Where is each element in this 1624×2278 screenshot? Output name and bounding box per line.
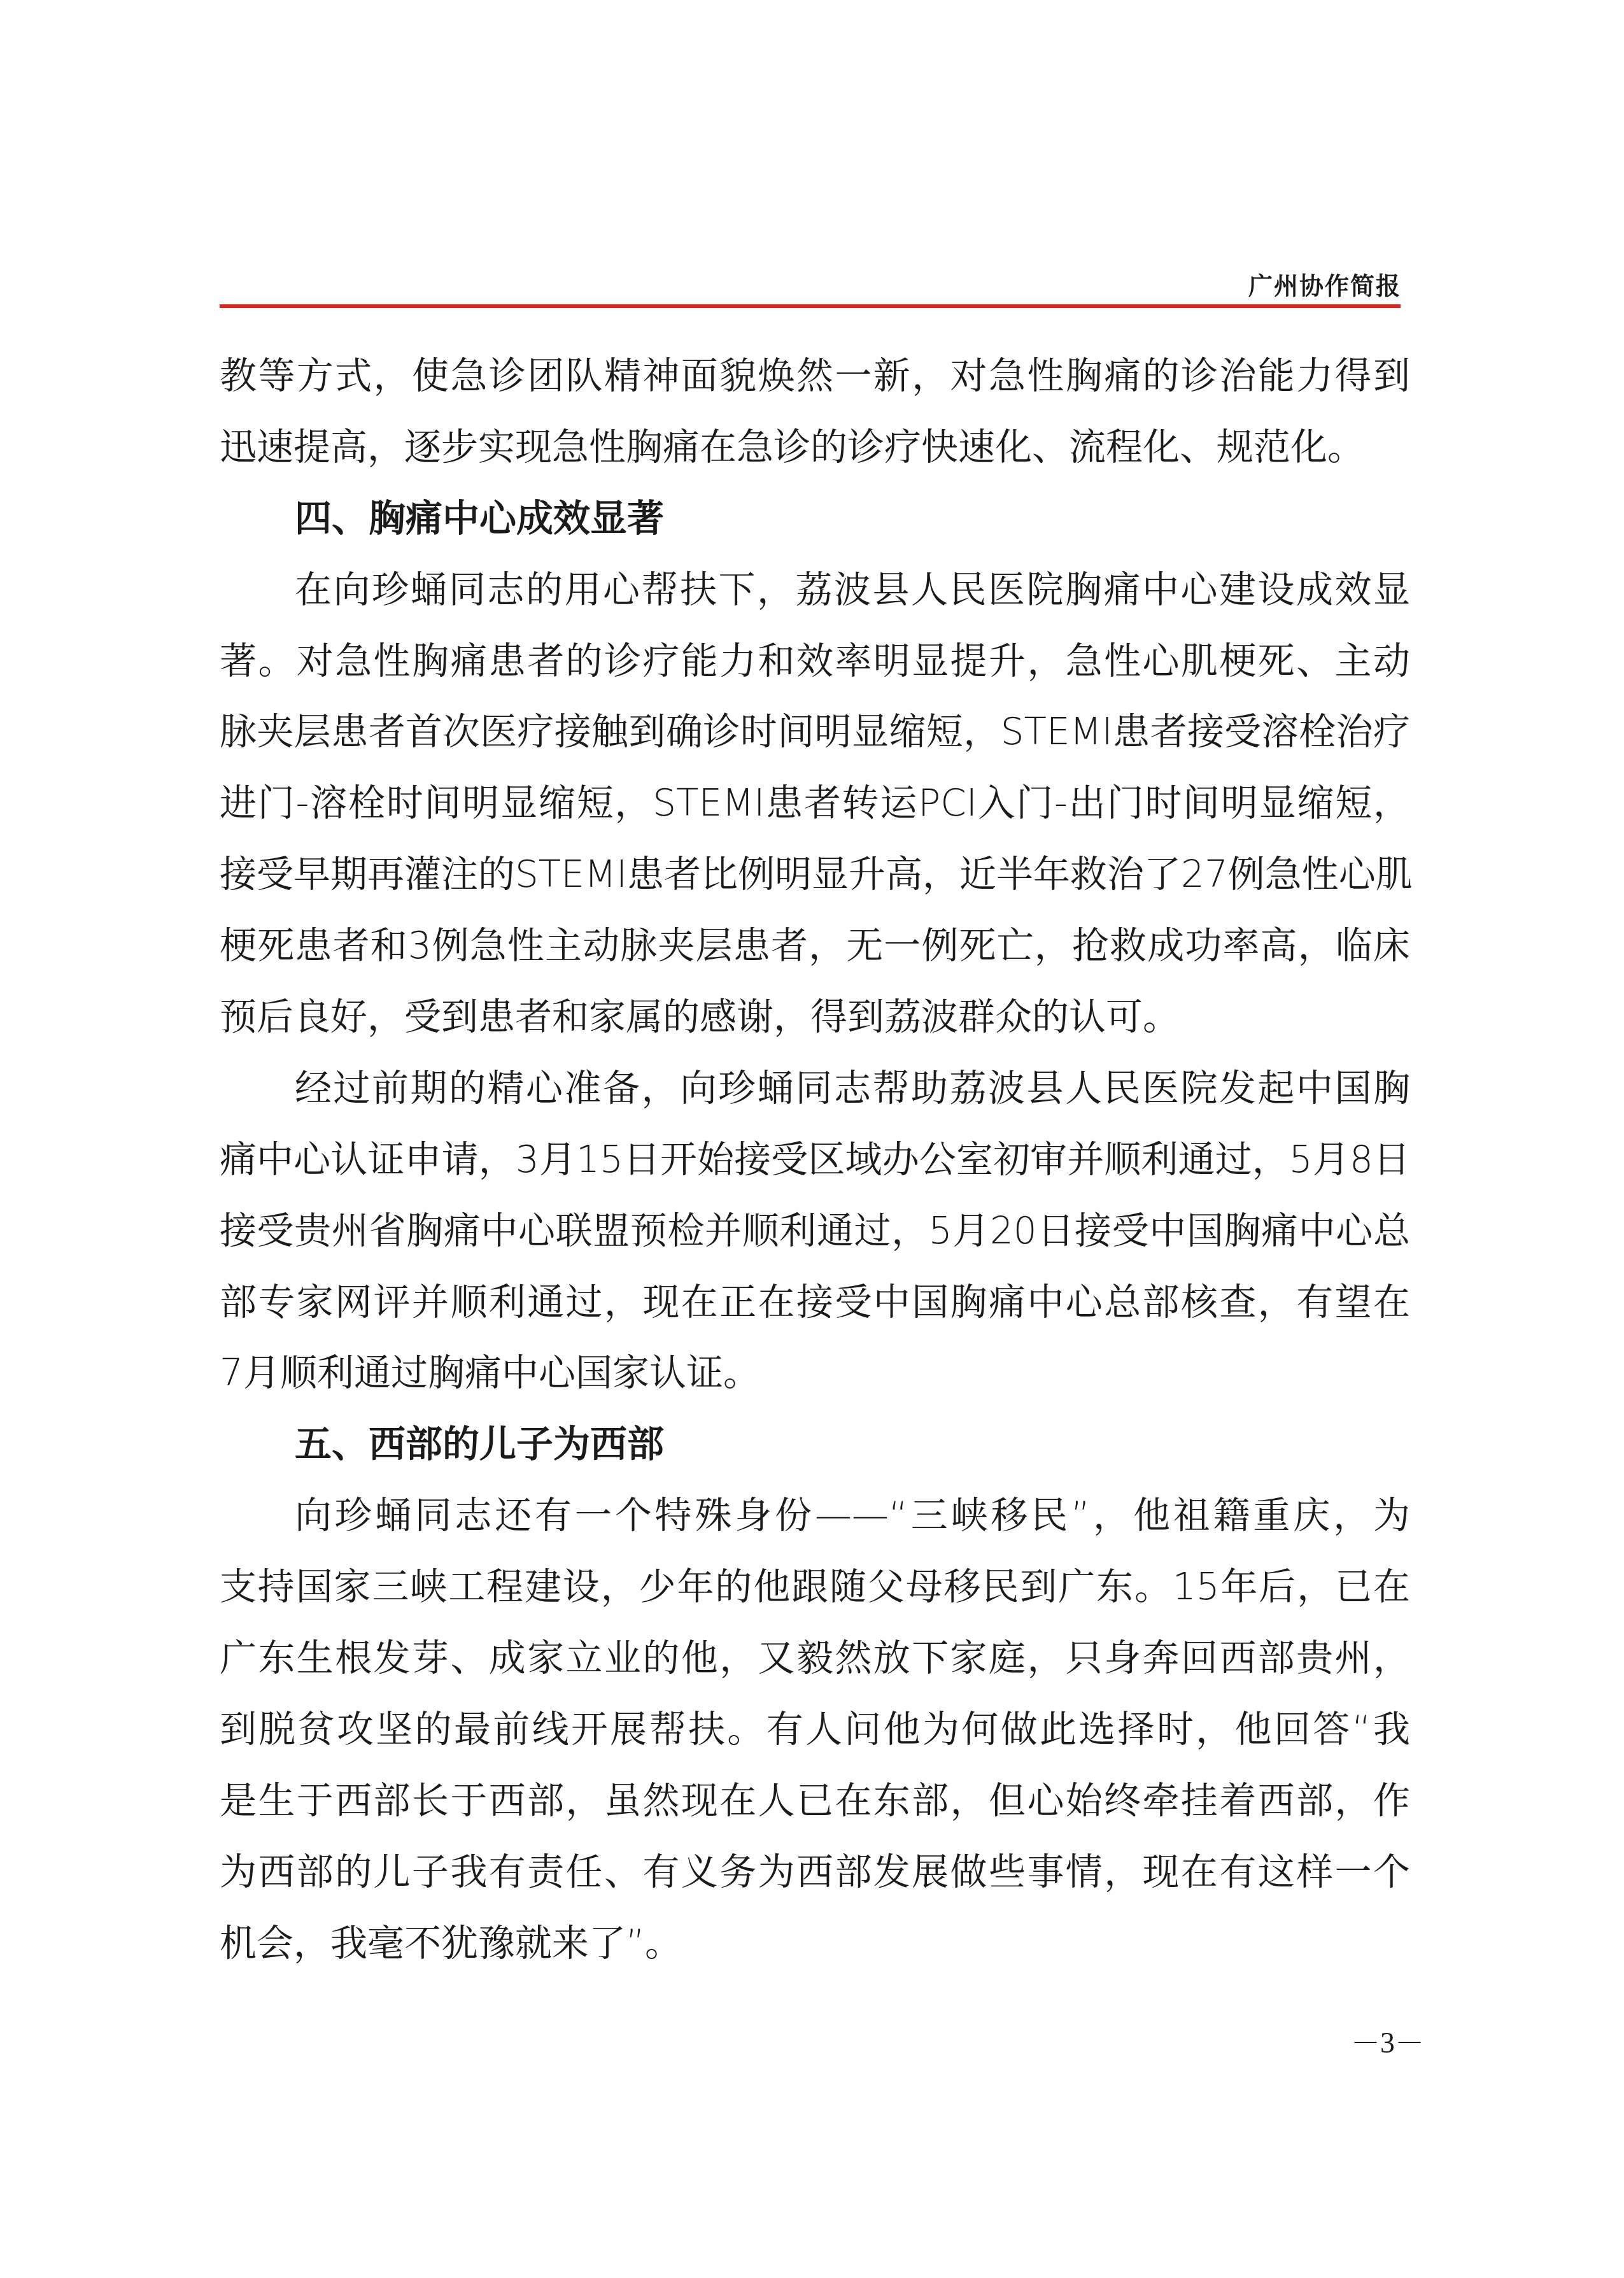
text-line: 到脱贫攻坚的最前线开展帮扶。有人问他为何做此选择时，他回答“我 [220, 1694, 1410, 1765]
text-line: 梗死患者和3例急性主动脉夹层患者，无一例死亡，抢救成功率高，临床 [220, 910, 1410, 982]
text-line: 部专家网评并顺利通过，现在正在接受中国胸痛中心总部核查，有望在 [220, 1267, 1410, 1338]
article-body: 教等方式，使急诊团队精神面貌焕然一新，对急性胸痛的诊治能力得到 迅速提高，逐步实… [220, 341, 1410, 1979]
document-page: 广州协作简报 教等方式，使急诊团队精神面貌焕然一新，对急性胸痛的诊治能力得到 迅… [0, 0, 1624, 2278]
text-line: 教等方式，使急诊团队精神面貌焕然一新，对急性胸痛的诊治能力得到 [220, 341, 1410, 412]
text-line: 进门-溶栓时间明显缩短，STEMI患者转运PCI入门-出门时间明显缩短， [220, 768, 1410, 839]
text-line: 是生于西部长于西部，虽然现在人已在东部，但心始终牵挂着西部，作 [220, 1765, 1410, 1837]
text-line: 著。对急性胸痛患者的诊疗能力和效率明显提升，急性心肌梗死、主动 [220, 626, 1410, 697]
section-heading-4: 四、胸痛中心成效显著 [220, 483, 1410, 555]
text-line: 预后良好，受到患者和家属的感谢，得到荔波群众的认可。 [220, 982, 1410, 1053]
text-line: 广东生根发芽、成家立业的他，又毅然放下家庭，只身奔回西部贵州， [220, 1623, 1410, 1694]
paragraph-first-line: 向珍蛹同志还有一个特殊身份——“三峡移民”，他祖籍重庆，为 [220, 1480, 1410, 1552]
text-line: 脉夹层患者首次医疗接触到确诊时间明显缩短，STEMI患者接受溶栓治疗 [220, 697, 1410, 768]
text-line: 机会，我毫不犹豫就来了”。 [220, 1908, 1410, 1979]
text-line: 为西部的儿子我有责任、有义务为西部发展做些事情，现在有这样一个 [220, 1837, 1410, 1908]
text-line: 接受早期再灌注的STEMI患者比例明显升高，近半年救治了27例急性心肌 [220, 839, 1410, 910]
text-line: 迅速提高，逐步实现急性胸痛在急诊的诊疗快速化、流程化、规范化。 [220, 412, 1410, 483]
paragraph-first-line: 经过前期的精心准备，向珍蛹同志帮助荔波县人民医院发起中国胸 [220, 1053, 1410, 1124]
header-red-rule [220, 304, 1401, 308]
text-line: 支持国家三峡工程建设，少年的他跟随父母移民到广东。15年后，已在 [220, 1552, 1410, 1623]
page-number: －3－ [1351, 2020, 1424, 2062]
paragraph-first-line: 在向珍蛹同志的用心帮扶下，荔波县人民医院胸痛中心建设成效显 [220, 555, 1410, 626]
section-heading-5: 五、西部的儿子为西部 [220, 1409, 1410, 1480]
newsletter-title: 广州协作简报 [1248, 266, 1401, 301]
text-line: 痛中心认证申请，3月15日开始接受区域办公室初审并顺利通过，5月8日 [220, 1124, 1410, 1196]
text-line: 接受贵州省胸痛中心联盟预检并顺利通过，5月20日接受中国胸痛中心总 [220, 1196, 1410, 1267]
text-line: 7月顺利通过胸痛中心国家认证。 [220, 1338, 1410, 1409]
